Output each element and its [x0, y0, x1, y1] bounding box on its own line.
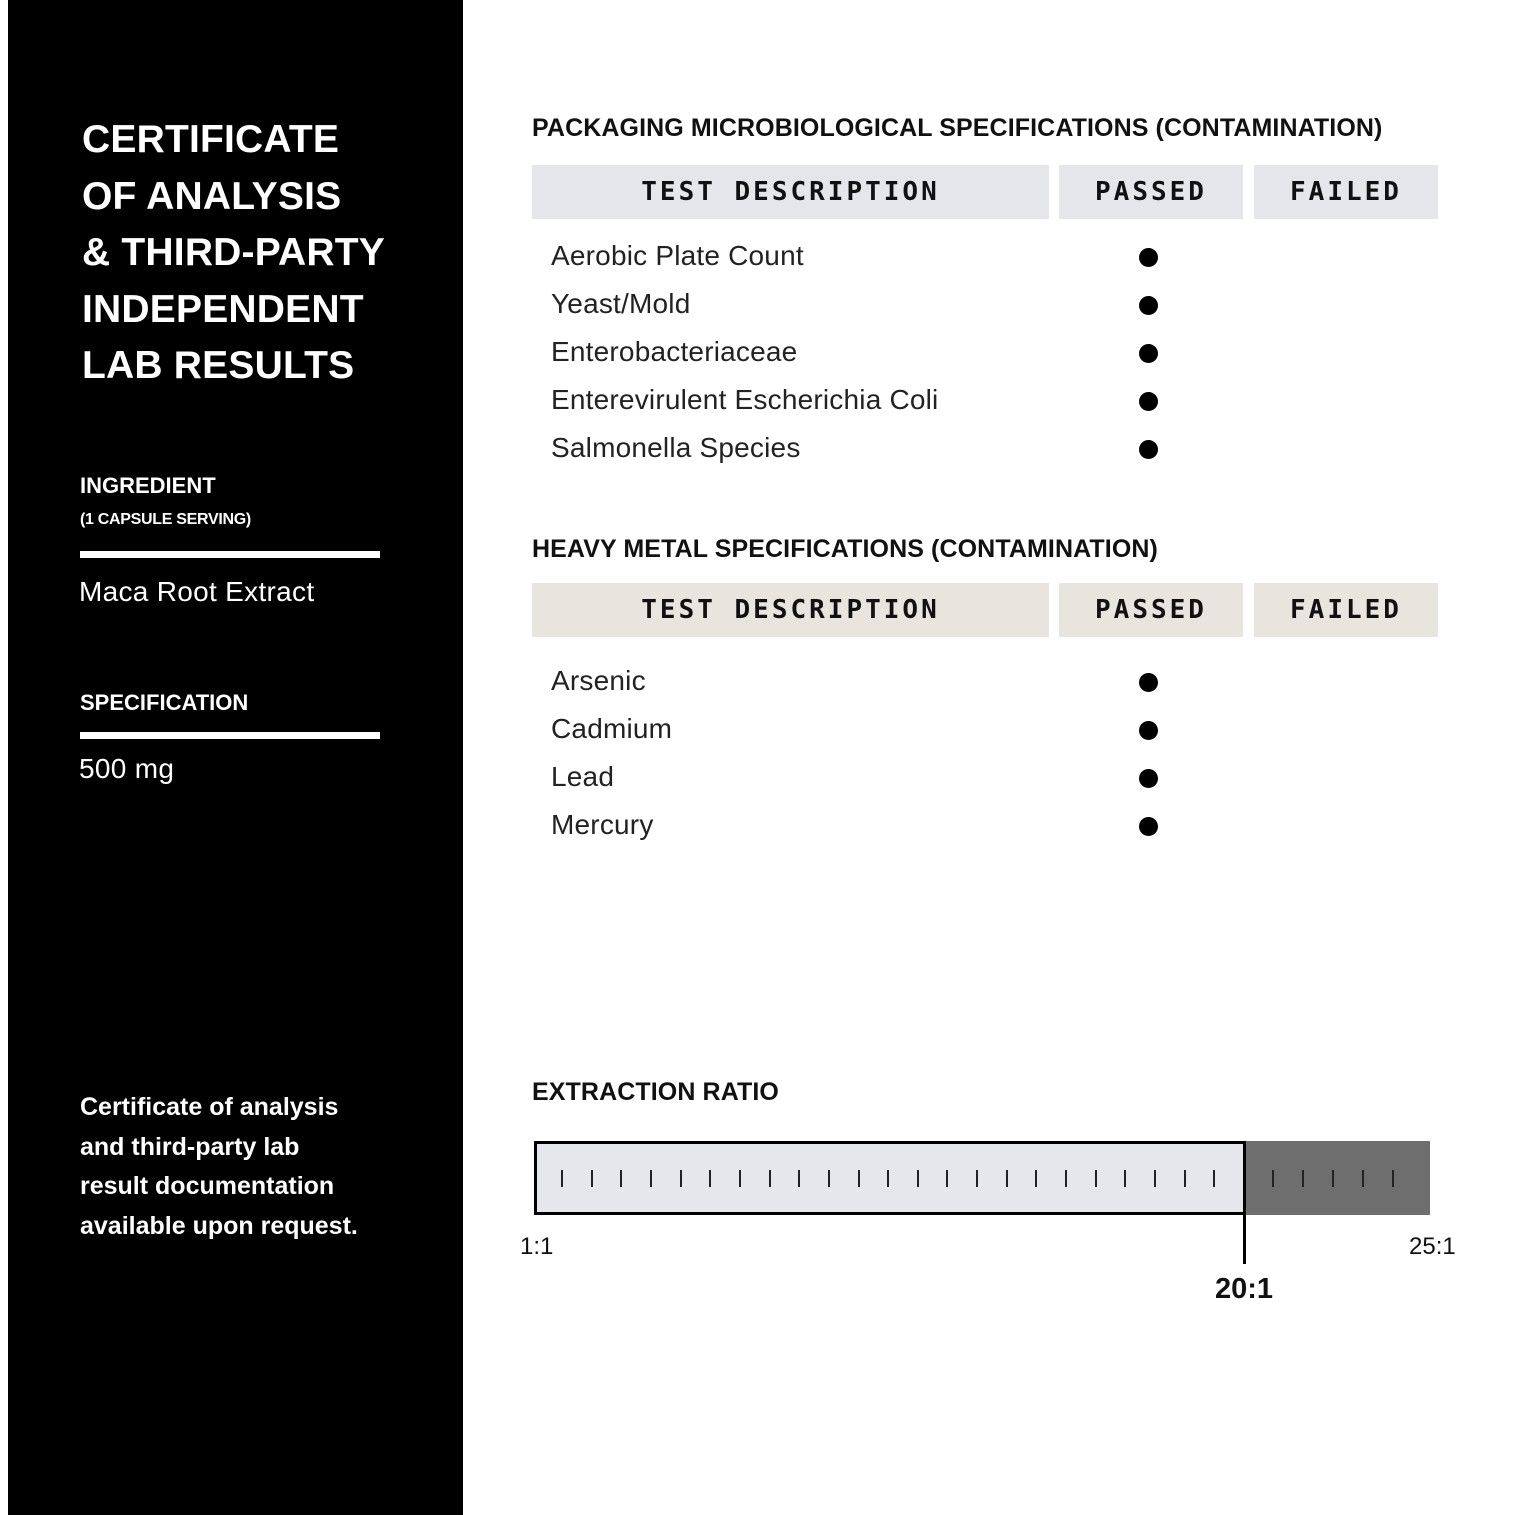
table-row: Arsenic [551, 665, 1451, 705]
ratio-tick [650, 1170, 652, 1187]
ratio-tick [1095, 1170, 1097, 1187]
heavy-metal-title: HEAVY METAL SPECIFICATIONS (CONTAMINATIO… [532, 535, 1158, 564]
ratio-min-label: 1:1 [520, 1233, 553, 1261]
note-line: and third-party lab [80, 1128, 460, 1168]
title-line: INDEPENDENT [82, 282, 462, 339]
ratio-tick [828, 1170, 830, 1187]
ratio-tick [1065, 1170, 1067, 1187]
table-row: Aerobic Plate Count [551, 240, 1451, 280]
specification-divider [80, 732, 380, 739]
specification-value: 500 mg [79, 753, 174, 785]
ratio-tick [769, 1170, 771, 1187]
ratio-tick [1362, 1170, 1364, 1187]
note-line: available upon request. [80, 1207, 460, 1247]
metal-header-failed: FAILED [1254, 583, 1438, 637]
title-line: & THIRD-PARTY [82, 225, 462, 282]
availability-note: Certificate of analysis and third-party … [80, 1088, 460, 1246]
ratio-tick [591, 1170, 593, 1187]
micro-header-failed: FAILED [1254, 165, 1438, 219]
ratio-tick [976, 1170, 978, 1187]
table-row: Lead [551, 761, 1451, 801]
micro-header-passed: PASSED [1059, 165, 1243, 219]
table-row: Salmonella Species [551, 432, 1451, 472]
ratio-filled-segment [534, 1141, 1246, 1215]
ratio-tick [1154, 1170, 1156, 1187]
passed-dot-icon [1139, 673, 1158, 692]
ratio-tick [798, 1170, 800, 1187]
table-row: Enterobacteriaceae [551, 336, 1451, 376]
passed-dot-icon [1139, 440, 1158, 459]
ratio-tick [1006, 1170, 1008, 1187]
ratio-tick [946, 1170, 948, 1187]
passed-dot-icon [1139, 392, 1158, 411]
title-line: CERTIFICATE [82, 112, 462, 169]
page-title: CERTIFICATE OF ANALYSIS & THIRD-PARTY IN… [82, 112, 462, 395]
title-line: LAB RESULTS [82, 338, 462, 395]
ratio-max-label: 25:1 [1409, 1233, 1456, 1261]
table-row: Mercury [551, 809, 1451, 849]
table-row: Cadmium [551, 713, 1451, 753]
sidebar-panel: CERTIFICATE OF ANALYSIS & THIRD-PARTY IN… [8, 0, 463, 1515]
ratio-tick [858, 1170, 860, 1187]
ratio-tick [1035, 1170, 1037, 1187]
passed-dot-icon [1139, 769, 1158, 788]
metal-header-test-description: TEST DESCRIPTION [532, 583, 1049, 637]
ratio-tick [1302, 1170, 1304, 1187]
note-line: result documentation [80, 1167, 460, 1207]
ratio-tick [1124, 1170, 1126, 1187]
table-row: Enterevirulent Escherichia Coli [551, 384, 1451, 424]
test-description: Cadmium [551, 713, 672, 745]
ratio-current-label: 20:1 [1215, 1273, 1273, 1306]
test-description: Arsenic [551, 665, 646, 697]
ratio-tick [620, 1170, 622, 1187]
ratio-tick [1392, 1170, 1394, 1187]
ratio-value-marker [1243, 1141, 1246, 1264]
ratio-tick [739, 1170, 741, 1187]
passed-dot-icon [1139, 721, 1158, 740]
micro-header-test-description: TEST DESCRIPTION [532, 165, 1049, 219]
ingredient-value: Maca Root Extract [79, 576, 314, 608]
test-description: Enterobacteriaceae [551, 336, 797, 368]
specification-label: SPECIFICATION [80, 690, 248, 716]
extraction-ratio-gauge [534, 1141, 1430, 1215]
ingredient-label: INGREDIENT [80, 473, 216, 499]
ingredient-divider [80, 551, 380, 558]
ratio-tick [917, 1170, 919, 1187]
test-description: Lead [551, 761, 614, 793]
extraction-ratio-title: EXTRACTION RATIO [532, 1078, 779, 1107]
ratio-tick [1213, 1170, 1215, 1187]
passed-dot-icon [1139, 296, 1158, 315]
ratio-tick [1272, 1170, 1274, 1187]
passed-dot-icon [1139, 817, 1158, 836]
test-description: Aerobic Plate Count [551, 240, 804, 272]
test-description: Salmonella Species [551, 432, 801, 464]
ratio-tick [561, 1170, 563, 1187]
title-line: OF ANALYSIS [82, 169, 462, 226]
ingredient-sublabel: (1 CAPSULE SERVING) [80, 511, 251, 529]
test-description: Enterevirulent Escherichia Coli [551, 384, 938, 416]
microbiological-title: PACKAGING MICROBIOLOGICAL SPECIFICATIONS… [532, 114, 1382, 143]
passed-dot-icon [1139, 344, 1158, 363]
test-description: Yeast/Mold [551, 288, 691, 320]
metal-header-passed: PASSED [1059, 583, 1243, 637]
table-row: Yeast/Mold [551, 288, 1451, 328]
note-line: Certificate of analysis [80, 1088, 460, 1128]
ratio-tick [709, 1170, 711, 1187]
passed-dot-icon [1139, 248, 1158, 267]
test-description: Mercury [551, 809, 654, 841]
ratio-tick [1184, 1170, 1186, 1187]
ratio-tick [887, 1170, 889, 1187]
ratio-tick [1332, 1170, 1334, 1187]
ratio-tick [680, 1170, 682, 1187]
